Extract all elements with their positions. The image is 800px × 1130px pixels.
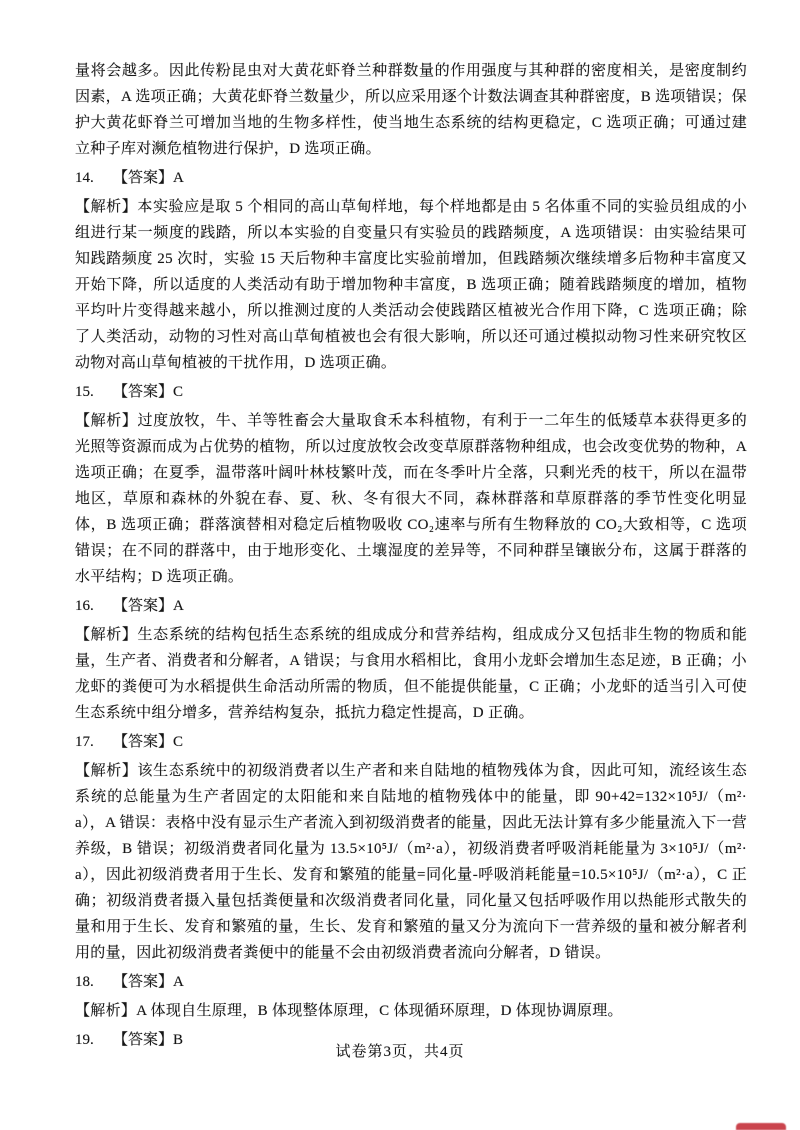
- question-number: 15.: [75, 379, 105, 405]
- answer-line-q17: 17.【答案】C: [75, 729, 747, 755]
- answer-label: 【答案】C: [113, 384, 183, 400]
- answer-label: 【答案】A: [113, 974, 184, 990]
- exam-answer-page: 量将会越多。因此传粉昆虫对大黄花虾脊兰种群数量的作用强度与其种群的密度相关，是密…: [75, 58, 747, 1056]
- page-footer: 试卷第3页，共4页: [0, 1040, 800, 1061]
- analysis-paragraph-q18: 【解析】A 体现自生原理，B 体现整体原理，C 体现循环原理，D 体现协调原理。: [75, 998, 747, 1024]
- answer-line-q18: 18.【答案】A: [75, 969, 747, 995]
- answer-line-q15: 15.【答案】C: [75, 379, 747, 405]
- analysis-paragraph-q16: 【解析】生态系统的结构包括生态系统的组成成分和营养结构，组成成分又包括非生物的物…: [75, 622, 747, 726]
- analysis-paragraph-q14: 【解析】本实验应是取 5 个相同的高山草甸样地，每个样地都是由 5 名体重不同的…: [75, 194, 747, 376]
- answer-label: 【答案】C: [113, 734, 183, 750]
- answer-label: 【答案】A: [113, 170, 184, 186]
- continuation-paragraph-q13: 量将会越多。因此传粉昆虫对大黄花虾脊兰种群数量的作用强度与其种群的密度相关，是密…: [75, 58, 747, 162]
- analysis-paragraph-q15: 【解析】过度放牧，牛、羊等牲畜会大量取食禾本科植物，有利于一二年生的低矮草本获得…: [75, 408, 747, 590]
- question-number: 16.: [75, 593, 105, 619]
- red-scan-artifact: [736, 1123, 786, 1130]
- question-number: 14.: [75, 165, 105, 191]
- answer-line-q14: 14.【答案】A: [75, 165, 747, 191]
- question-number: 18.: [75, 969, 105, 995]
- answer-label: 【答案】A: [113, 598, 184, 614]
- analysis-paragraph-q17: 【解析】该生态系统中的初级消费者以生产者和来自陆地的植物残体为食，因此可知，流经…: [75, 758, 747, 966]
- answer-line-q16: 16.【答案】A: [75, 593, 747, 619]
- question-number: 17.: [75, 729, 105, 755]
